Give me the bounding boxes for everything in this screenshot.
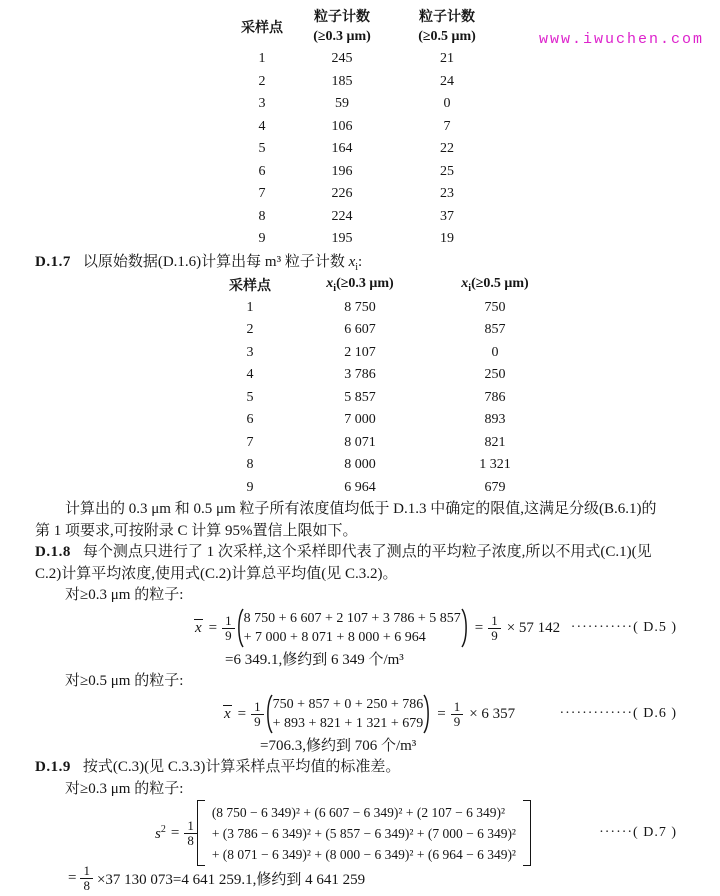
table-row: 619625 bbox=[222, 161, 690, 184]
formula-d5-result: =6 349.1,修约到 6 349 个/m³ bbox=[225, 650, 690, 672]
section-d19: D.1.9按式(C.3)(见 C.3.3)计算采样点平均值的标准差。 bbox=[35, 757, 690, 779]
cell-xi05: 821 bbox=[430, 435, 560, 451]
table-row: 43 786250 bbox=[210, 364, 690, 387]
header-xi-05: xi(≥0.5 μm) bbox=[430, 276, 560, 294]
fraction-one-eighth: 18 bbox=[184, 819, 197, 848]
equals-sign: = bbox=[437, 706, 445, 723]
cell-point: 3 bbox=[210, 345, 290, 361]
left-bracket-glyph bbox=[197, 800, 205, 866]
equation-number-d7: ······( D.7 ) bbox=[599, 825, 677, 841]
cell-xi03: 2 107 bbox=[290, 345, 430, 361]
cell-count03: 59 bbox=[302, 96, 382, 112]
right-bracket-glyph bbox=[523, 800, 531, 866]
cell-point: 2 bbox=[210, 322, 290, 338]
squares-line2: + (3 786 − 6 349)² + (5 857 − 6 349)² + … bbox=[212, 823, 516, 844]
cell-point: 6 bbox=[210, 412, 290, 428]
fraction-denominator: 9 bbox=[454, 715, 461, 729]
cell-xi03: 8 750 bbox=[290, 300, 430, 316]
cell-count03: 226 bbox=[302, 186, 382, 202]
cell-point: 2 bbox=[222, 74, 302, 90]
equation-number-d5: ···········( D.5 ) bbox=[571, 620, 677, 636]
equals-sign: = bbox=[209, 620, 217, 637]
cell-count05: 19 bbox=[382, 231, 512, 247]
cell-xi03: 7 000 bbox=[290, 412, 430, 428]
section-d17-colon: : bbox=[358, 254, 362, 270]
cell-count05: 37 bbox=[382, 209, 512, 225]
cell-count05: 25 bbox=[382, 164, 512, 180]
header-count-03: 粒子计数 (≥0.3 μm) bbox=[302, 6, 382, 48]
cell-xi03: 6 607 bbox=[290, 322, 430, 338]
fraction-numerator: 1 bbox=[80, 864, 93, 879]
header-count-03-line2: (≥0.3 μm) bbox=[302, 27, 382, 46]
squares-stack: (8 750 − 6 349)² + (6 607 − 6 349)² + (2… bbox=[209, 802, 519, 865]
cell-count05: 0 bbox=[382, 96, 512, 112]
table-row: 18 750750 bbox=[210, 297, 690, 320]
section-d17: D.1.7以原始数据(D.1.6)计算出每 m³ 粒子计数 xi: bbox=[35, 251, 690, 274]
fraction-denominator: 8 bbox=[83, 879, 90, 893]
formula-d7-result: = 18 ×37 130 073=4 641 259.1,修约到 4 641 2… bbox=[68, 866, 690, 891]
cell-count03: 196 bbox=[302, 164, 382, 180]
table-row: 41067 bbox=[222, 116, 690, 139]
cell-count05: 24 bbox=[382, 74, 512, 90]
table-row: 919519 bbox=[222, 228, 690, 251]
section-d17-text: 以原始数据(D.1.6)计算出每 m³ 粒子计数 bbox=[83, 254, 349, 270]
lead-03a: 对≥0.3 μm 的粒子: bbox=[35, 585, 690, 607]
cell-point: 9 bbox=[210, 480, 290, 496]
cell-xi05: 857 bbox=[430, 322, 560, 338]
cell-point: 8 bbox=[222, 209, 302, 225]
cell-xi05: 250 bbox=[430, 367, 560, 383]
cell-xi03: 3 786 bbox=[290, 367, 430, 383]
section-d18-line2: C.2)计算平均浓度,使用式(C.2)计算总平均值(见 C.3.2)。 bbox=[35, 564, 690, 586]
equation-number-d6: ·············( D.6 ) bbox=[559, 706, 677, 722]
cell-xi05: 750 bbox=[430, 300, 560, 316]
cell-point: 5 bbox=[222, 141, 302, 157]
table-row: 96 964679 bbox=[210, 477, 690, 500]
fraction-one-eighth: 18 bbox=[80, 864, 93, 893]
cell-point: 7 bbox=[222, 186, 302, 202]
equals-sign: = bbox=[238, 706, 246, 723]
header-sampling-point: 采样点 bbox=[210, 275, 290, 295]
equals-sign: = bbox=[68, 870, 76, 887]
fraction-denominator: 9 bbox=[225, 629, 232, 643]
table-row: 32 1070 bbox=[210, 342, 690, 365]
multiplication-term: × 6 357 bbox=[469, 706, 515, 723]
cell-point: 6 bbox=[222, 164, 302, 180]
table-row: 3590 bbox=[222, 93, 690, 116]
section-d18-line1: 每个测点只进行了 1 次采样,这个采样即代表了测点的平均粒子浓度,所以不用式(C… bbox=[83, 544, 652, 560]
cell-point: 3 bbox=[222, 96, 302, 112]
cell-xi03: 8 071 bbox=[290, 435, 430, 451]
table-row: 78 071821 bbox=[210, 432, 690, 455]
cell-count05: 21 bbox=[382, 51, 512, 67]
table-row: 218524 bbox=[222, 71, 690, 94]
equals-sign: = bbox=[171, 825, 179, 842]
section-d18: D.1.8每个测点只进行了 1 次采样,这个采样即代表了测点的平均粒子浓度,所以… bbox=[35, 542, 690, 564]
var-s-sup: 2 bbox=[161, 824, 166, 835]
header-count-05-line2: (≥0.5 μm) bbox=[382, 27, 512, 46]
xbar-variable: x bbox=[222, 706, 233, 723]
fraction-denominator: 9 bbox=[254, 715, 261, 729]
section-d19-text: 按式(C.3)(见 C.3.3)计算采样点平均值的标准差。 bbox=[83, 759, 401, 775]
equals-sign: = bbox=[475, 620, 483, 637]
s-squared-variable: s2 bbox=[155, 824, 166, 843]
cell-count03: 224 bbox=[302, 209, 382, 225]
multiplication-term: × 57 142 bbox=[507, 620, 560, 637]
watermark-url: www.iwuchen.com bbox=[539, 31, 704, 48]
fraction-one-ninth: 19 bbox=[488, 614, 501, 643]
section-d19-label: D.1.9 bbox=[35, 759, 71, 775]
per-m3-table: 采样点 xi(≥0.3 μm) xi(≥0.5 μm) 18 750750 26… bbox=[210, 274, 690, 500]
table-row: 26 607857 bbox=[210, 319, 690, 342]
table-row: 822437 bbox=[222, 206, 690, 229]
cell-count05: 23 bbox=[382, 186, 512, 202]
cell-point: 9 bbox=[222, 231, 302, 247]
paragraph-limits-line1: 计算出的 0.3 μm 和 0.5 μm 粒子所有浓度值均低于 D.1.3 中确… bbox=[35, 499, 690, 521]
document-page: www.iwuchen.com 采样点 粒子计数 (≥0.3 μm) 粒子计数 … bbox=[0, 0, 720, 896]
cell-count03: 195 bbox=[302, 231, 382, 247]
table-row: 516422 bbox=[222, 138, 690, 161]
left-paren-glyph bbox=[264, 694, 273, 734]
table-row: 124521 bbox=[222, 48, 690, 71]
fraction-numerator: 1 bbox=[488, 614, 501, 629]
cell-count03: 164 bbox=[302, 141, 382, 157]
header-count-05-line1: 粒子计数 bbox=[382, 8, 512, 27]
cell-count05: 7 bbox=[382, 119, 512, 135]
table-row: 88 0001 321 bbox=[210, 454, 690, 477]
right-paren-glyph bbox=[461, 608, 470, 648]
per-m3-table-header: 采样点 xi(≥0.3 μm) xi(≥0.5 μm) bbox=[210, 274, 690, 297]
cell-count05: 22 bbox=[382, 141, 512, 157]
formula-d6-result: =706.3,修约到 706 个/m³ bbox=[260, 736, 690, 758]
table-row: 55 857786 bbox=[210, 387, 690, 410]
fraction-numerator: 1 bbox=[251, 700, 264, 715]
cell-xi05: 893 bbox=[430, 412, 560, 428]
sum-stack: 8 750 + 6 607 + 2 107 + 3 786 + 5 857 + … bbox=[244, 609, 461, 647]
cell-xi05: 1 321 bbox=[430, 457, 560, 473]
header-count-03-line1: 粒子计数 bbox=[302, 8, 382, 27]
sum-line1: 8 750 + 6 607 + 2 107 + 3 786 + 5 857 bbox=[244, 609, 461, 628]
cell-xi05: 0 bbox=[430, 345, 560, 361]
fraction-one-ninth: 19 bbox=[222, 614, 235, 643]
header-xi-05-rest: (≥0.5 μm) bbox=[471, 276, 529, 291]
table-row: 67 000893 bbox=[210, 409, 690, 432]
cell-xi05: 679 bbox=[430, 480, 560, 496]
paragraph-limits-line2: 第 1 项要求,可按附录 C 计算 95%置信上限如下。 bbox=[35, 521, 690, 543]
squares-line3: + (8 071 − 6 349)² + (8 000 − 6 349)² + … bbox=[212, 844, 516, 865]
fraction-one-ninth: 19 bbox=[251, 700, 264, 729]
cell-point: 1 bbox=[210, 300, 290, 316]
header-count-05: 粒子计数 (≥0.5 μm) bbox=[382, 6, 512, 48]
cell-count03: 106 bbox=[302, 119, 382, 135]
cell-xi05: 786 bbox=[430, 390, 560, 406]
cell-count03: 245 bbox=[302, 51, 382, 67]
fraction-numerator: 1 bbox=[451, 700, 464, 715]
header-xi-03: xi(≥0.3 μm) bbox=[290, 276, 430, 294]
cell-point: 8 bbox=[210, 457, 290, 473]
section-d18-label: D.1.8 bbox=[35, 544, 71, 560]
formula-d6: x = 19 750 + 857 + 0 + 250 + 786 + 893 +… bbox=[222, 693, 690, 736]
sum-line1: 750 + 857 + 0 + 250 + 786 bbox=[273, 695, 424, 714]
fraction-numerator: 1 bbox=[184, 819, 197, 834]
sum-stack: 750 + 857 + 0 + 250 + 786 + 893 + 821 + … bbox=[273, 695, 424, 733]
fraction-denominator: 8 bbox=[187, 834, 194, 848]
cell-xi03: 5 857 bbox=[290, 390, 430, 406]
formula-d7: s2 = 18 (8 750 − 6 349)² + (6 607 − 6 34… bbox=[155, 800, 690, 866]
sum-line2: + 7 000 + 8 071 + 8 000 + 6 964 bbox=[244, 628, 461, 647]
section-d17-label: D.1.7 bbox=[35, 254, 71, 270]
table-row: 722623 bbox=[222, 183, 690, 206]
cell-xi03: 6 964 bbox=[290, 480, 430, 496]
cell-point: 4 bbox=[222, 119, 302, 135]
cell-point: 7 bbox=[210, 435, 290, 451]
lead-03b: 对≥0.3 μm 的粒子: bbox=[35, 779, 690, 801]
fraction-one-ninth: 19 bbox=[451, 700, 464, 729]
fraction-denominator: 9 bbox=[491, 629, 498, 643]
xbar-variable: x bbox=[193, 620, 204, 637]
lead-05: 对≥0.5 μm 的粒子: bbox=[35, 671, 690, 693]
right-paren-glyph bbox=[423, 694, 432, 734]
cell-point: 4 bbox=[210, 367, 290, 383]
cell-count03: 185 bbox=[302, 74, 382, 90]
fraction-numerator: 1 bbox=[222, 614, 235, 629]
cell-xi03: 8 000 bbox=[290, 457, 430, 473]
formula-d5: x = 19 8 750 + 6 607 + 2 107 + 3 786 + 5… bbox=[193, 607, 690, 650]
result-text: ×37 130 073=4 641 259.1,修约到 4 641 259 bbox=[97, 868, 365, 889]
left-paren-glyph bbox=[235, 608, 244, 648]
cell-point: 1 bbox=[222, 51, 302, 67]
sum-line2: + 893 + 821 + 1 321 + 679 bbox=[273, 714, 424, 733]
cell-point: 5 bbox=[210, 390, 290, 406]
squares-line1: (8 750 − 6 349)² + (6 607 − 6 349)² + (2… bbox=[212, 802, 516, 823]
header-xi-03-rest: (≥0.3 μm) bbox=[336, 276, 394, 291]
header-sampling-point: 采样点 bbox=[222, 6, 302, 48]
